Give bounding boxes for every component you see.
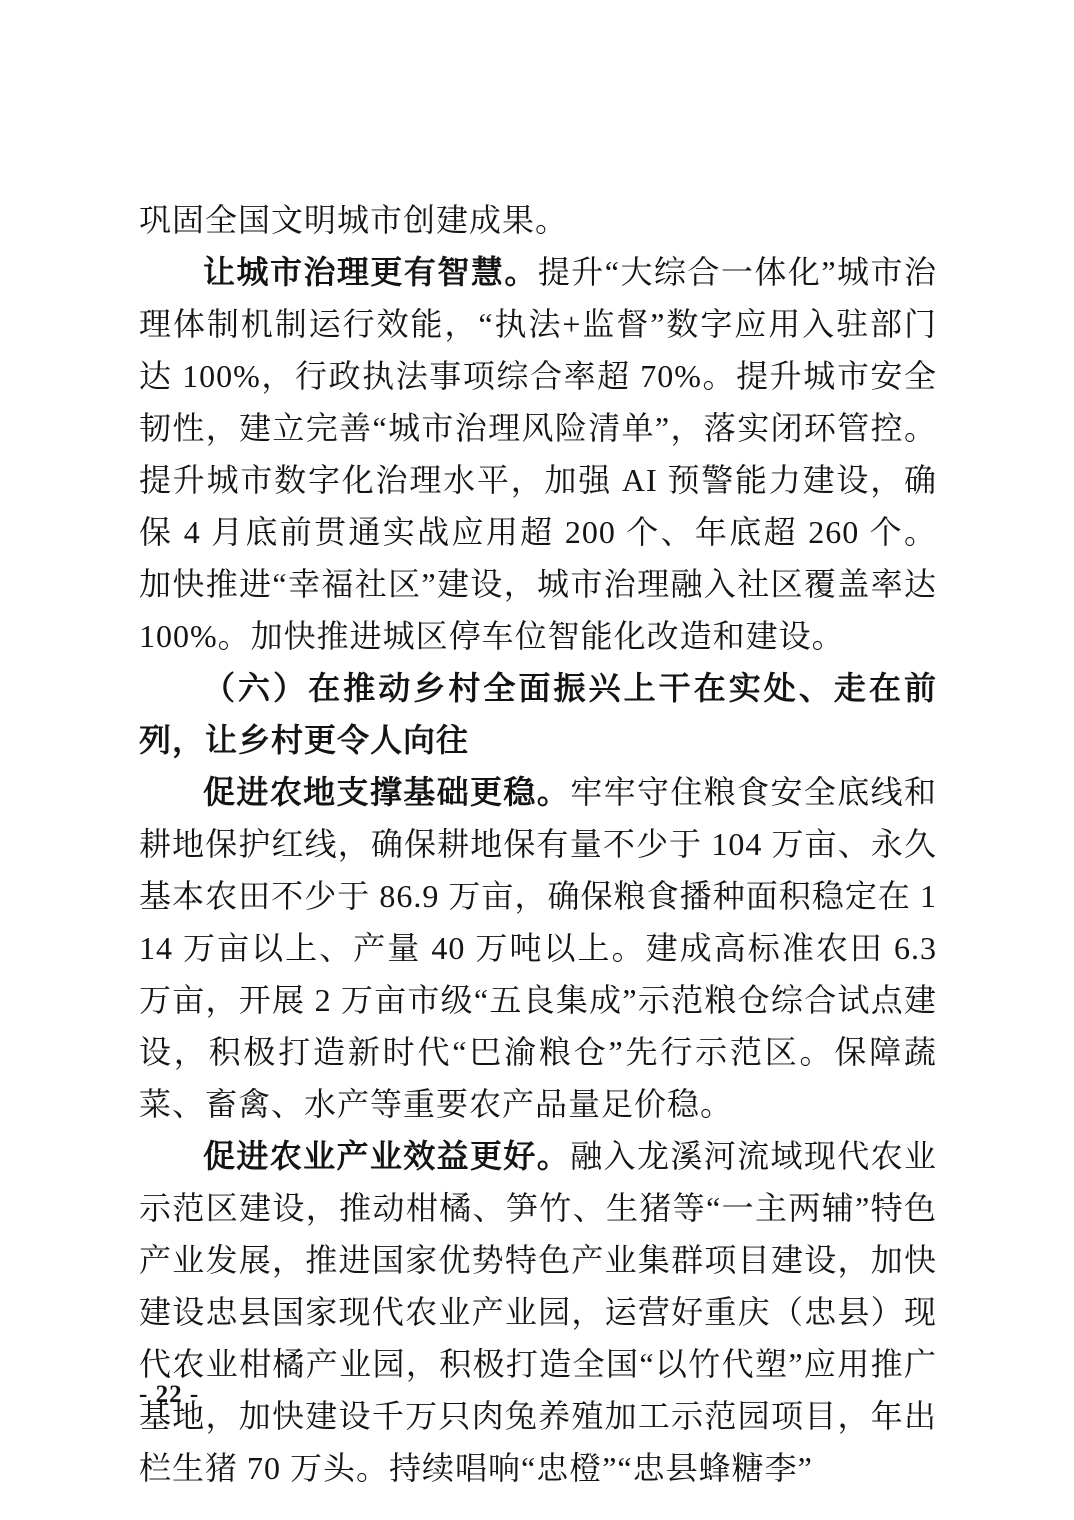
paragraph-lead-bold: 让城市治理更有智慧。 [203,254,538,290]
document-page: 巩固全国文明城市创建成果。 让城市治理更有智慧。提升“大综合一体化”城市治理体制… [0,0,1074,1520]
paragraph-lead-bold: 促进农业产业效益更好。 [203,1138,570,1174]
paragraph-text: 牢牢守住粮食安全底线和耕地保护红线，确保耕地保有量不少于 104 万亩、永久基本… [139,774,937,1122]
paragraph-text: 提升“大综合一体化”城市治理体制机制运行效能，“执法+监督”数字应用入驻部门达 … [139,254,937,654]
paragraph-text: 融入龙溪河流域现代农业示范区建设，推动柑橘、笋竹、生猪等“一主两辅”特色产业发展… [139,1138,937,1486]
paragraph-city-governance: 让城市治理更有智慧。提升“大综合一体化”城市治理体制机制运行效能，“执法+监督”… [139,246,937,662]
paragraph-farmland: 促进农地支撑基础更稳。牢牢守住粮食安全底线和耕地保护红线，确保耕地保有量不少于 … [139,766,937,1130]
paragraph-agriculture-industry: 促进农业产业效益更好。融入龙溪河流域现代农业示范区建设，推动柑橘、笋竹、生猪等“… [139,1130,937,1494]
page-number: - 22 - [139,1381,199,1409]
section-heading-six: （六）在推动乡村全面振兴上干在实处、走在前列，让乡村更令人向往 [139,662,937,766]
paragraph-text: 巩固全国文明城市创建成果。 [139,202,568,238]
paragraph-lead-bold: 促进农地支撑基础更稳。 [203,774,570,810]
section-heading-text: （六）在推动乡村全面振兴上干在实处、走在前列，让乡村更令人向往 [139,670,937,758]
document-body: 巩固全国文明城市创建成果。 让城市治理更有智慧。提升“大综合一体化”城市治理体制… [139,194,937,1494]
paragraph-continuation: 巩固全国文明城市创建成果。 [139,194,937,246]
